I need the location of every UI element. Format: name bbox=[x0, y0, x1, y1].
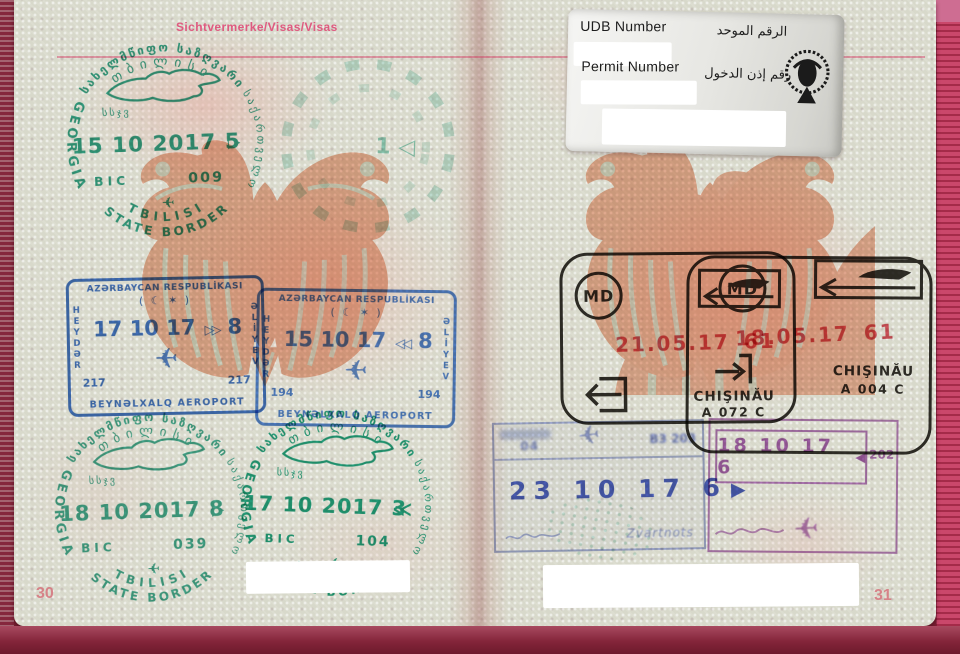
passport-spread: Sichtvermerke/Visas/Visas 1 ◁ სახელმწიფო… bbox=[0, 0, 960, 654]
redaction-box bbox=[543, 563, 859, 608]
passport-cover-bottom-edge bbox=[0, 626, 960, 654]
stamp-officer-number: 61 bbox=[863, 319, 896, 344]
stamp-bic-label: BIC bbox=[94, 174, 130, 189]
stamp-date: 23 10 17 6 bbox=[509, 473, 727, 506]
faded-stamp-mark: 1 ◁ bbox=[375, 134, 416, 160]
stamp-date: 15 10 17 bbox=[284, 327, 387, 352]
stamp-number-right: 194 bbox=[417, 388, 440, 401]
stamp-date-row: 18.05.17 61 bbox=[735, 319, 896, 350]
armenia-airport-stamp-exit: 04 ✈ B3 203 23 10 17 6▶ Zvartnots bbox=[492, 419, 706, 553]
stamp-bic-label: BIC bbox=[264, 531, 299, 546]
stamp-ring-right-text: საქართველო bbox=[240, 87, 270, 193]
stamp-number: 009 bbox=[188, 169, 225, 186]
direction-arrows-icon: ◁◁ bbox=[395, 337, 409, 352]
udb-number-label-arabic: الرقم الموحد bbox=[701, 23, 787, 40]
stamp-airport-footer: BEYNƏLXALQ AEROPORT bbox=[258, 409, 452, 423]
svg-text:საქართველო: საქართველო bbox=[408, 458, 436, 560]
handwriting-squiggle bbox=[504, 528, 564, 545]
airplane-icon: ✈ bbox=[576, 420, 601, 452]
georgia-border-stamp-arrival: სახელმწიფო საზღვარი თბილისი GEORGIA საქა… bbox=[48, 34, 280, 257]
page-header-title: Sichtvermerke/Visas/Visas bbox=[176, 20, 338, 34]
page-number-right: 31 bbox=[874, 587, 892, 605]
airplane-transport-box-icon bbox=[813, 257, 923, 302]
direction-arrow-icon: ≪ bbox=[392, 499, 412, 521]
passport-cover-right-edge bbox=[936, 0, 960, 654]
crescent-star-emblem-icon: ( ☾ ✶ ) bbox=[69, 292, 261, 309]
airplane-icon: ✈ bbox=[162, 194, 175, 212]
exit-arrow-icon bbox=[583, 375, 629, 413]
stamp-date: 18.05.17 bbox=[735, 321, 851, 350]
permit-number-label: Permit Number bbox=[581, 58, 679, 75]
stamp-abbr: სსჯვ bbox=[277, 466, 305, 479]
stamp-office-code: A 004 C bbox=[841, 381, 905, 396]
azerbaijan-airport-stamp-exit: AZƏRBAYCAN RESPUBLİKASI ( ☾ ✶ ) HEYDƏR Ə… bbox=[66, 275, 267, 417]
stamp-abbr: სსჯვ bbox=[89, 474, 118, 487]
faded-stamp-ghost: 1 ◁ bbox=[255, 33, 481, 259]
stamp-bic-label: BIC bbox=[81, 540, 116, 555]
armenia-airport-stamp-entry: 18 10 17 6 ◀ 202 ✈ bbox=[707, 418, 898, 554]
stamp-date-box: 18 10 17 6 ◀ bbox=[715, 429, 867, 484]
stamp-date-row: 15 10 17 ◁◁ 8 bbox=[273, 327, 443, 353]
handwriting-squiggle bbox=[714, 522, 786, 541]
stamp-abbr: სსჯვ bbox=[102, 106, 131, 119]
stamp-desk-number: 8 bbox=[418, 329, 433, 353]
direction-arrow-icon: ▷ bbox=[227, 132, 241, 151]
uae-falcon-emblem-icon bbox=[778, 46, 835, 109]
airplane-icon: ✈ bbox=[793, 511, 820, 547]
illegible-script-mark bbox=[499, 429, 551, 440]
redaction-box bbox=[246, 560, 410, 594]
stamp-number-left: 217 bbox=[83, 376, 106, 389]
airplane-icon: ✈ bbox=[259, 353, 453, 389]
svg-text:საქართველო: საქართველო bbox=[240, 87, 270, 193]
airplane-icon: ✈ bbox=[70, 340, 263, 377]
stamp-date-row: 17 10 17 ▷▷ 8 bbox=[83, 314, 251, 342]
redaction-box bbox=[581, 80, 697, 105]
stamp-top-band: 04 ✈ B3 203 bbox=[494, 421, 703, 461]
stamp-date: 18 10 17 6 bbox=[717, 434, 847, 479]
stamp-date: 17 10 17 bbox=[93, 315, 196, 341]
permit-number-label-arabic: رقم إذن الدخول bbox=[693, 66, 791, 83]
stamp-airport-note: Zvartnots bbox=[626, 525, 693, 540]
redaction-box bbox=[602, 108, 786, 147]
uae-permit-sticker: UDB Number الرقم الموحد Permit Number رق… bbox=[565, 9, 844, 157]
moldova-md-roundel: MD bbox=[574, 271, 622, 319]
stamp-top-left-mark: 04 bbox=[520, 439, 539, 453]
stamp-number: 104 bbox=[355, 533, 390, 550]
stamp-side-number: 202 bbox=[869, 448, 894, 462]
direction-arrow-icon: ◀ bbox=[855, 450, 865, 465]
stamp-ring-right-text: საქართველო bbox=[408, 458, 436, 560]
direction-arrows-icon: ▷▷ bbox=[204, 323, 218, 338]
stamp-number: 039 bbox=[173, 536, 209, 553]
udb-number-label: UDB Number bbox=[580, 18, 666, 34]
stamp-date: 15 10 2017 5 bbox=[71, 129, 241, 160]
azerbaijan-airport-stamp-entry: AZƏRBAYCAN RESPUBLİKASI ( ☾ ✶ ) HEYDƏR Ə… bbox=[255, 288, 457, 429]
stamp-number-right: 217 bbox=[228, 373, 251, 386]
crescent-star-emblem-icon: ( ☾ ✶ ) bbox=[260, 305, 454, 321]
passport-cover-left-edge bbox=[0, 0, 14, 654]
airplane-icon: ✈ bbox=[147, 560, 160, 578]
stamp-date: 18 10 2017 8 bbox=[59, 496, 225, 526]
moldova-md-roundel: MD bbox=[718, 264, 766, 312]
stamp-date: 17 10 2017 3 bbox=[243, 491, 408, 521]
direction-arrow-icon: ▷ bbox=[212, 499, 226, 518]
stamp-city: CHIŞINĂU bbox=[833, 363, 914, 380]
stamp-number-left: 194 bbox=[270, 386, 293, 399]
stamp-desk-number: 8 bbox=[227, 314, 242, 338]
